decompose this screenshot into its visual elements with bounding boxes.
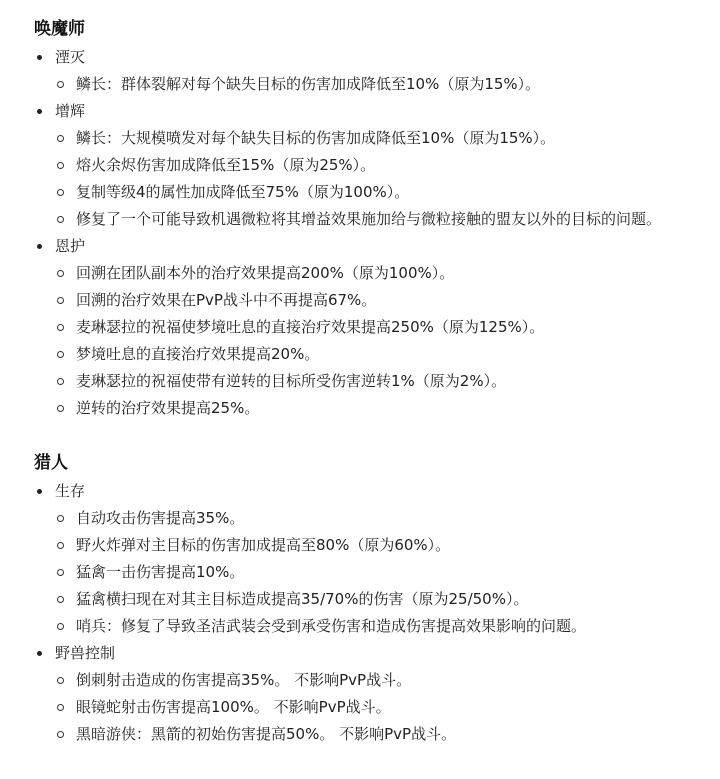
note-item: 逆转的治疗效果提高25%。: [55, 395, 716, 422]
patch-notes-page: 唤魔师 湮灭 鳞长：群体裂解对每个缺失目标的伤害加成降低至10%（原为15%）。…: [0, 0, 720, 748]
spec-item: 生存 自动攻击伤害提高35%。 野火炸弹对主目标的伤害加成提高至80%（原为60…: [34, 478, 720, 640]
class-heading: 猎人: [34, 448, 720, 478]
spec-name: 湮灭: [55, 44, 720, 71]
note-item: 梦境吐息的直接治疗效果提高20%。: [55, 341, 716, 368]
class-heading: 唤魔师: [34, 14, 720, 44]
note-item: 黑暗游侠：黑箭的初始伤害提高50%。 不影响PvP战斗。: [55, 721, 716, 748]
note-item: 猛禽一击伤害提高10%。: [55, 559, 716, 586]
spec-name: 生存: [55, 478, 720, 505]
note-item: 猛禽横扫现在对其主目标造成提高35/70%的伤害（原为25/50%）。: [55, 586, 716, 613]
note-item: 麦琳瑟拉的祝福使带有逆转的目标所受伤害逆转1%（原为2%）。: [55, 368, 716, 395]
note-item: 麦琳瑟拉的祝福使梦境吐息的直接治疗效果提高250%（原为125%）。: [55, 314, 716, 341]
note-list: 自动攻击伤害提高35%。 野火炸弹对主目标的伤害加成提高至80%（原为60%）。…: [55, 505, 720, 640]
spec-name: 野兽控制: [55, 640, 720, 667]
note-item: 鳞长：群体裂解对每个缺失目标的伤害加成降低至10%（原为15%）。: [55, 71, 716, 98]
note-list: 鳞长：群体裂解对每个缺失目标的伤害加成降低至10%（原为15%）。: [55, 71, 720, 98]
spec-name: 恩护: [55, 233, 720, 260]
note-item: 修复了一个可能导致机遇微粒将其增益效果施加给与微粒接触的盟友以外的目标的问题。: [55, 206, 716, 233]
note-item: 回溯在团队副本外的治疗效果提高200%（原为100%）。: [55, 260, 716, 287]
note-list: 鳞长：大规模喷发对每个缺失目标的伤害加成降低至10%（原为15%）。 熔火余烬伤…: [55, 125, 720, 233]
spec-item: 野兽控制 倒刺射击造成的伤害提高35%。 不影响PvP战斗。 眼镜蛇射击伤害提高…: [34, 640, 720, 748]
note-item: 回溯的治疗效果在PvP战斗中不再提高67%。: [55, 287, 716, 314]
spec-item: 恩护 回溯在团队副本外的治疗效果提高200%（原为100%）。 回溯的治疗效果在…: [34, 233, 720, 422]
note-item: 鳞长：大规模喷发对每个缺失目标的伤害加成降低至10%（原为15%）。: [55, 125, 716, 152]
spec-item: 增辉 鳞长：大规模喷发对每个缺失目标的伤害加成降低至10%（原为15%）。 熔火…: [34, 98, 720, 233]
note-list: 倒刺射击造成的伤害提高35%。 不影响PvP战斗。 眼镜蛇射击伤害提高100%。…: [55, 667, 720, 748]
note-item: 复制等级4的属性加成降低至75%（原为100%）。: [55, 179, 716, 206]
spec-list: 湮灭 鳞长：群体裂解对每个缺失目标的伤害加成降低至10%（原为15%）。 增辉 …: [34, 44, 720, 422]
note-item: 熔火余烬伤害加成降低至15%（原为25%）。: [55, 152, 716, 179]
section-evoker: 唤魔师 湮灭 鳞长：群体裂解对每个缺失目标的伤害加成降低至10%（原为15%）。…: [34, 14, 720, 422]
note-list: 回溯在团队副本外的治疗效果提高200%（原为100%）。 回溯的治疗效果在PvP…: [55, 260, 720, 422]
spec-item: 湮灭 鳞长：群体裂解对每个缺失目标的伤害加成降低至10%（原为15%）。: [34, 44, 720, 98]
note-item: 自动攻击伤害提高35%。: [55, 505, 716, 532]
note-item: 哨兵：修复了导致圣洁武装会受到承受伤害和造成伤害提高效果影响的问题。: [55, 613, 716, 640]
note-item: 倒刺射击造成的伤害提高35%。 不影响PvP战斗。: [55, 667, 716, 694]
section-hunter: 猎人 生存 自动攻击伤害提高35%。 野火炸弹对主目标的伤害加成提高至80%（原…: [34, 448, 720, 748]
spec-list: 生存 自动攻击伤害提高35%。 野火炸弹对主目标的伤害加成提高至80%（原为60…: [34, 478, 720, 748]
note-item: 野火炸弹对主目标的伤害加成提高至80%（原为60%）。: [55, 532, 716, 559]
note-item: 眼镜蛇射击伤害提高100%。 不影响PvP战斗。: [55, 694, 716, 721]
spec-name: 增辉: [55, 98, 720, 125]
